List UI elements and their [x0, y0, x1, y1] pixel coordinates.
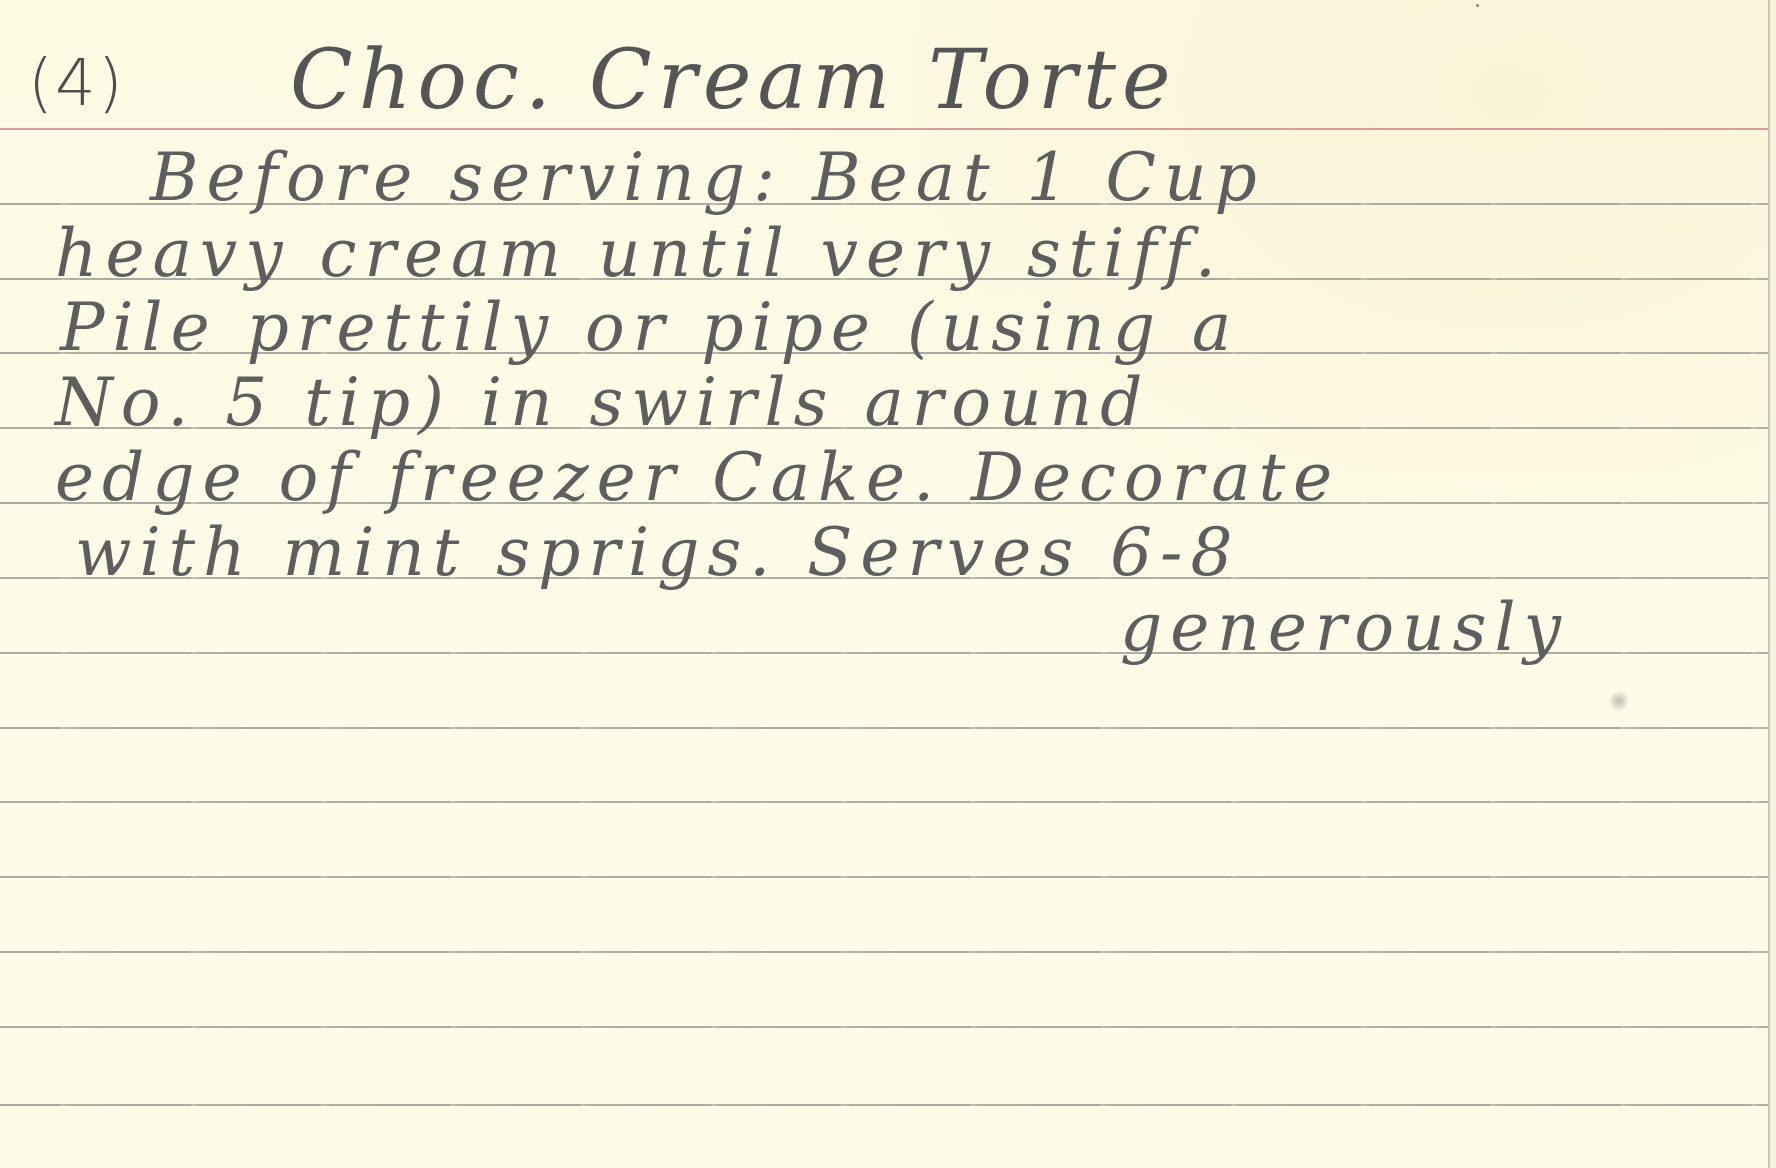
paper-speck — [1476, 4, 1479, 7]
ruled-line — [0, 876, 1768, 878]
pencil-smudge — [1605, 685, 1634, 717]
header-rule — [0, 128, 1768, 130]
recipe-card: (4) Choc. Cream Torte Before serving: Be… — [0, 0, 1776, 1168]
ruled-line — [0, 1026, 1768, 1028]
ruled-line — [0, 951, 1768, 953]
body-line-5: edge of freezer Cake. Decorate — [55, 445, 1340, 511]
ruled-line — [0, 727, 1768, 729]
recipe-number: (4) — [28, 52, 125, 116]
body-line-2: heavy cream until very stiff. — [55, 221, 1224, 287]
card-edge-shade — [1770, 0, 1776, 1168]
body-line-1: Before serving: Beat 1 Cup — [150, 145, 1265, 211]
body-line-3: Pile prettily or pipe (using a — [60, 295, 1239, 361]
ruled-line — [0, 801, 1768, 803]
body-line-6: with mint sprigs. Serves 6-8 — [75, 520, 1240, 586]
recipe-title: Choc. Cream Torte — [290, 40, 1177, 122]
body-line-4: No. 5 tip) in swirls around — [55, 370, 1150, 436]
ruled-line — [0, 1104, 1768, 1106]
body-line-7: generously — [1120, 595, 1569, 661]
